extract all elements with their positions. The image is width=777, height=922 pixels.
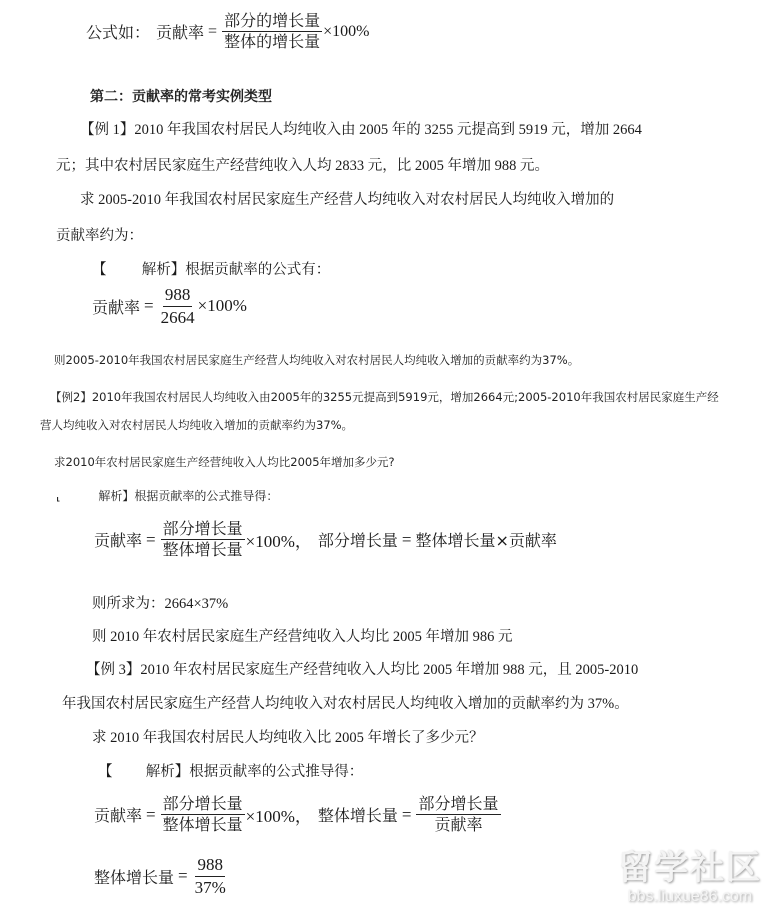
analysis-bracket: 【 [92, 262, 107, 278]
section-heading: 第二：贡献率的常考实例类型 [90, 86, 272, 106]
equals-sign: = [402, 805, 412, 825]
equals-sign: = [178, 866, 188, 886]
formula-intro: 公式如： 贡献率 = 部分的增长量 整体的增长量 ×100% [86, 12, 369, 52]
multiplier: ×100%， [246, 802, 312, 827]
example2-analysis: ⸤ 解析】根据贡献率的公式推导得： [56, 487, 278, 504]
equals-sign: = [402, 530, 412, 550]
multiplier: ×100% [323, 23, 369, 41]
equals-sign: = [208, 23, 217, 41]
example1-line2: 元；其中农村居民家庭生产经营纯收入人均 2833 元，比 2005 年增加 98… [56, 154, 549, 175]
fraction-denominator: 2664 [159, 307, 197, 328]
fraction-denominator: 贡献率 [432, 815, 484, 834]
fraction: 部分的增长量 整体的增长量 [222, 12, 322, 52]
formula-lhs: 贡献率 [94, 528, 142, 551]
formula-prefix: 公式如： [86, 20, 150, 43]
formula-rhs-lhs: 部分增长量 [318, 528, 398, 551]
watermark-url: bbs.liuxue86.com [610, 888, 770, 906]
analysis-label: 解析】根据贡献率的公式推导得： [98, 489, 278, 503]
fraction-denominator: 整体增长量 [161, 815, 245, 834]
example1-question-line2: 贡献率约为： [56, 224, 143, 245]
analysis-label: 解析】根据贡献率的公式推导得： [146, 764, 364, 780]
fraction-denominator: 整体增长量 [161, 540, 245, 559]
example2-line1: 【例2】2010年我国农村居民人均纯收入由2005年的3255元提高到5919元… [50, 389, 719, 405]
multiplier: ×100% [198, 296, 247, 316]
multiplier: ×100%， [246, 527, 312, 552]
formula-rhs: 整体增长量×贡献率 [415, 528, 556, 551]
fraction: 988 2664 [159, 285, 197, 327]
fraction-numerator: 988 [163, 285, 193, 307]
fraction-denominator: 整体的增长量 [222, 32, 322, 51]
example1-line1: 【例 1】2010 年我国农村居民人均纯收入由 2005 年的 3255 元提高… [80, 118, 642, 139]
fraction-numerator: 988 [195, 855, 225, 877]
example2-result-expr: 则所求为：2664×37% [92, 592, 228, 613]
fraction: 部分增长量 整体增长量 [161, 520, 245, 560]
formula-lhs: 贡献率 [156, 20, 204, 43]
example3-formula: 贡献率 = 部分增长量 整体增长量 ×100%， 整体增长量 = 部分增长量 贡… [94, 795, 502, 835]
fraction-numerator: 部分的增长量 [222, 12, 322, 32]
fraction: 部分增长量 整体增长量 [161, 795, 245, 835]
fraction-numerator: 部分增长量 [416, 795, 500, 815]
formula-lhs: 贡献率 [94, 803, 142, 826]
equals-sign: = [146, 530, 156, 550]
formula-lhs: 贡献率 [92, 295, 140, 318]
example3-line2: 年我国农村居民家庭生产经营人均纯收入对农村居民人均纯收入增加的贡献率约为 37%… [62, 692, 629, 713]
example2-conclusion: 则 2010 年农村居民家庭生产经营纯收入人均比 2005 年增加 986 元 [92, 625, 513, 646]
example2-line2: 营人均纯收入对农村居民人均纯收入增加的贡献率约为37%。 [40, 417, 353, 433]
example1-formula: 贡献率 = 988 2664 ×100% [92, 285, 247, 327]
analysis-bracket: 【 [98, 764, 113, 780]
example2-formula: 贡献率 = 部分增长量 整体增长量 ×100%， 部分增长量 = 整体增长量×贡… [94, 520, 557, 560]
example1-conclusion: 则2005-2010年我国农村居民家庭生产经营人均纯收入对农村居民人均纯收入增加… [54, 352, 579, 368]
fraction-denominator: 37% [193, 877, 228, 898]
analysis-bracket: ⸤ [56, 489, 61, 503]
example3-analysis: 【 解析】根据贡献率的公式推导得： [98, 760, 363, 781]
equals-sign: = [146, 805, 156, 825]
formula-rhs-lhs: 整体增长量 [318, 803, 398, 826]
fraction: 部分增长量 贡献率 [416, 795, 500, 835]
example3-question: 求 2010 年我国农村居民人均纯收入比 2005 年增长了多少元？ [92, 726, 484, 747]
example1-question-line1: 求 2005-2010 年我国农村居民家庭生产经营人均纯收入对农村居民人均纯收入… [80, 188, 614, 209]
example3-formula2: 整体增长量 = 988 37% [94, 855, 229, 897]
example2-question: 求2010年农村居民家庭生产经营纯收入人均比2005年增加多少元? [54, 454, 395, 470]
equals-sign: = [144, 296, 154, 316]
watermark-title: 留学社区 [610, 848, 770, 888]
fraction-numerator: 部分增长量 [161, 520, 245, 540]
fraction: 988 37% [193, 855, 228, 897]
example1-analysis: 【 解析】根据贡献率的公式有： [92, 258, 330, 279]
formula-lhs: 整体增长量 [94, 865, 174, 888]
watermark-logo: 留学社区 bbs.liuxue86.com [610, 848, 770, 918]
example3-line1: 【例 3】2010 年农村居民家庭生产经营纯收入人均比 2005 年增加 988… [86, 658, 638, 679]
analysis-label: 解析】根据贡献率的公式有： [142, 262, 331, 278]
fraction-numerator: 部分增长量 [161, 795, 245, 815]
